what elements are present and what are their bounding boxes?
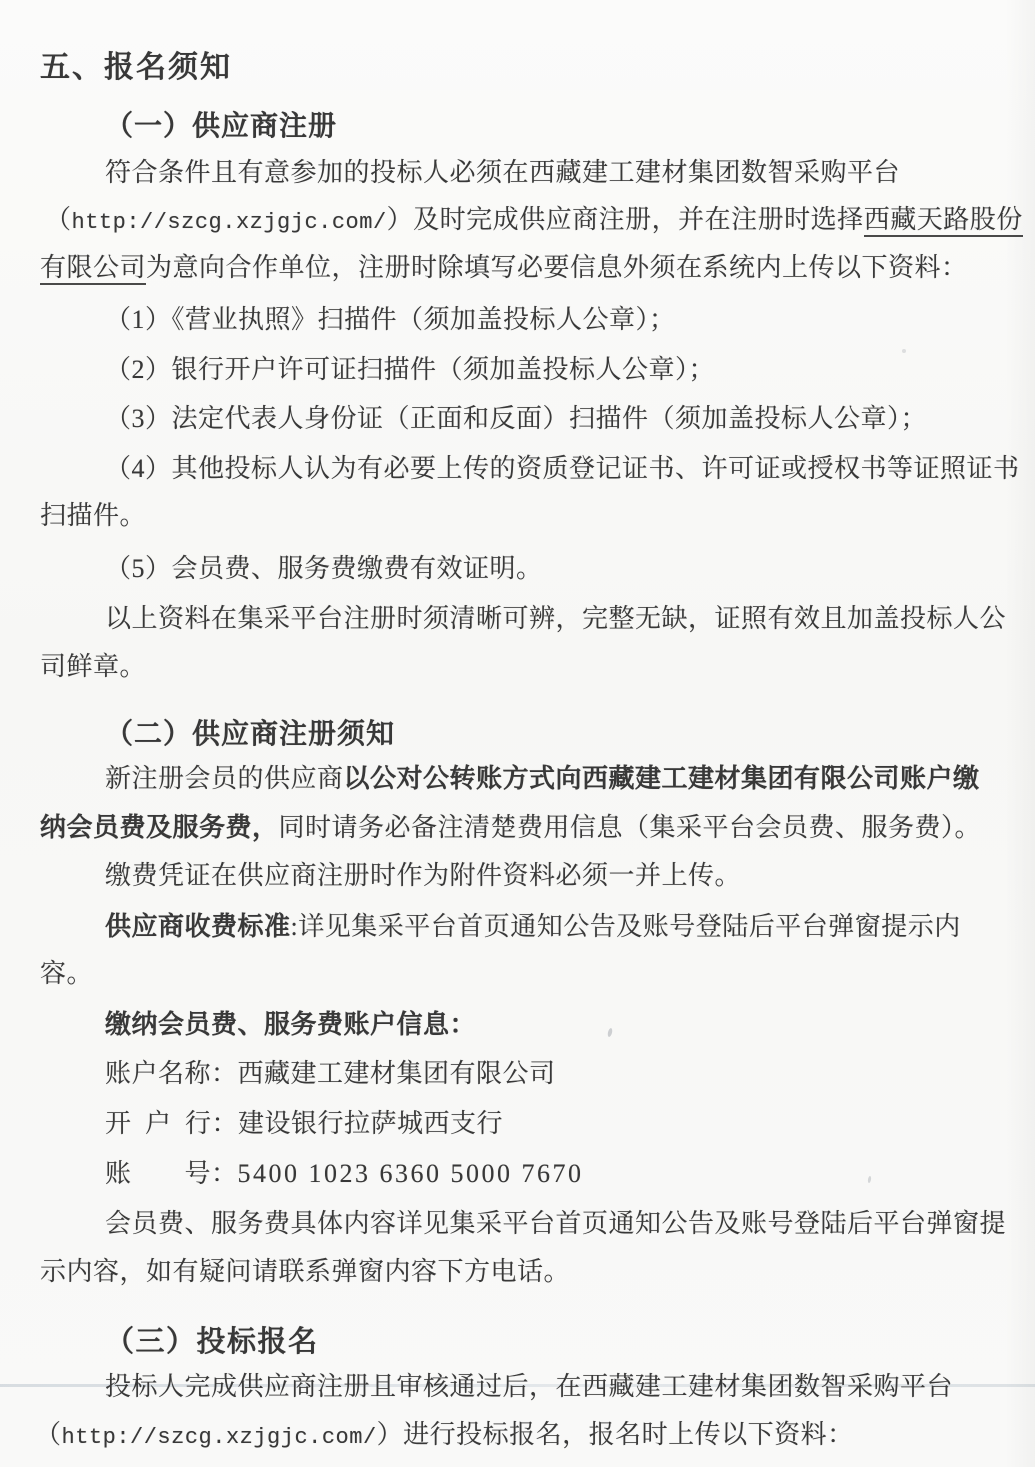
text-segment: 5400 1023 6360 5000 7670 [238,1159,584,1188]
section-heading: （二）供应商注册须知 [105,718,395,751]
text-segment: 符合条件且有意参加的投标人必须在西藏建工建材集团数智采购平台 [105,158,900,187]
text-segment: 容。 [40,959,93,988]
text-segment: 账 号： [105,1159,238,1188]
text-segment: 会员费、服务费具体内容详见集采平台首页通知公告及账号登陆后平台弹窗提 [105,1209,1006,1238]
paragraph-line: （http://szcg.xzjgjc.com/）进行投标报名，报名时上传以下资… [35,1420,854,1451]
account-info-line: 开 户 行：建设银行拉萨城西支行 [105,1109,503,1140]
paragraph-line: 示内容，如有疑问请联系弹窗内容下方电话。 [40,1257,570,1288]
text-segment: :详见集采平台首页通知公告及账号登陆后平台弹窗提示内 [291,912,961,941]
list-item: 扫描件。 [40,501,146,532]
text-segment: 司鲜章。 [40,652,146,681]
section-heading: （三）投标报名 [105,1325,319,1359]
paragraph-line: （http://szcg.xzjgjc.com/）及时完成供应商注册，并在注册时… [45,205,1023,236]
text-segment: 纳会员费及服务费， [40,812,279,842]
text-segment: ）进行投标报名，报名时上传以下资料： [377,1420,854,1449]
paragraph-line: 会员费、服务费具体内容详见集采平台首页通知公告及账号登陆后平台弹窗提 [105,1209,1006,1240]
text-segment: 扫描件。 [40,501,146,530]
url-text: http://szcg.xzjgjc.com/ [62,1425,377,1450]
paragraph-line: 缴纳会员费、服务费账户信息： [105,1009,476,1041]
text-segment: 新注册会员的供应商 [105,764,344,793]
text-segment: 开 户 行：建设银行拉萨城西支行 [105,1109,503,1138]
text-segment: （2）银行开户许可证扫描件（须加盖投标人公章）； [105,355,715,384]
text-segment: （3）法定代表人身份证（正面和反面）扫描件（须加盖投标人公章）； [105,404,927,433]
paragraph-line: 符合条件且有意参加的投标人必须在西藏建工建材集团数智采购平台 [105,158,900,189]
paragraph-line: 有限公司为意向合作单位，注册时除填写必要信息外须在系统内上传以下资料： [40,253,968,284]
text-segment: 以上资料在集采平台注册时须清晰可辨，完整无缺，证照有效且加盖投标人公 [105,604,1006,633]
section-heading: （一）供应商注册 [105,110,337,143]
text-segment: 投标人完成供应商注册且审核通过后，在西藏建工建材集团数智采购平台 [105,1372,953,1401]
underlined-company-name: 西藏天路股份 [864,205,1023,237]
list-item: （1）《营业执照》扫描件（须加盖投标人公章）； [105,305,676,336]
paragraph-line: 司鲜章。 [40,652,146,683]
scan-speck [902,349,906,353]
paragraph-line: 以上资料在集采平台注册时须清晰可辨，完整无缺，证照有效且加盖投标人公 [105,604,1006,635]
text-segment: 五、报名须知 [40,51,232,84]
paragraph-line: 纳会员费及服务费，同时请务必备注清楚费用信息（集采平台会员费、服务费）。 [40,812,981,844]
text-segment: 示内容，如有疑问请联系弹窗内容下方电话。 [40,1257,570,1286]
text-segment: ）及时完成供应商注册，并在注册时选择 [387,205,864,234]
text-segment: （ [45,205,72,234]
list-item: （5）会员费、服务费缴费有效证明。 [105,554,543,585]
text-segment: （1）《营业执照》扫描件（须加盖投标人公章）； [105,305,676,334]
text-segment: 以公对公转账方式向西藏建工建材集团有限公司账户缴 [344,763,980,793]
account-info-line: 账户名称：西藏建工建材集团有限公司 [105,1059,556,1090]
list-item: （4）其他投标人认为有必要上传的资质登记证书、许可证或授权书等证照证书 [105,454,1020,485]
text-segment: 账户名称：西藏建工建材集团有限公司 [105,1059,556,1088]
text-segment: （二）供应商注册须知 [105,719,395,750]
text-segment: 缴纳会员费、服务费账户信息： [105,1009,476,1039]
list-item: （2）银行开户许可证扫描件（须加盖投标人公章）； [105,355,715,386]
paragraph-line: 缴费凭证在供应商注册时作为附件资料必须一并上传。 [105,861,741,892]
list-item: （3）法定代表人身份证（正面和反面）扫描件（须加盖投标人公章）； [105,404,927,435]
scan-speck [607,1028,613,1038]
text-segment: 同时请务必备注清楚费用信息（集采平台会员费、服务费）。 [279,813,982,842]
text-segment: （一）供应商注册 [105,111,337,142]
account-info-line: 账 号：5400 1023 6360 5000 7670 [105,1159,584,1190]
text-segment: 为意向合作单位，注册时除填写必要信息外须在系统内上传以下资料： [146,253,968,282]
paragraph-line: 投标人完成供应商注册且审核通过后，在西藏建工建材集团数智采购平台 [105,1372,953,1403]
paragraph-line: 供应商收费标准:详见集采平台首页通知公告及账号登陆后平台弹窗提示内 [105,911,961,943]
document-title: 五、报名须知 [40,50,232,85]
scan-speck [867,1176,871,1183]
text-segment: （ [35,1420,62,1449]
underlined-company-name: 有限公司 [40,253,146,285]
url-text: http://szcg.xzjgjc.com/ [72,210,387,235]
text-segment: 缴费凭证在供应商注册时作为附件资料必须一并上传。 [105,861,741,890]
text-segment: （5）会员费、服务费缴费有效证明。 [105,554,543,583]
text-segment: 供应商收费标准 [105,911,291,941]
text-segment: （4）其他投标人认为有必要上传的资质登记证书、许可证或授权书等证照证书 [105,454,1020,483]
document-page: 五、报名须知（一）供应商注册符合条件且有意参加的投标人必须在西藏建工建材集团数智… [0,0,1035,1467]
paragraph-line: 新注册会员的供应商以公对公转账方式向西藏建工建材集团有限公司账户缴 [105,763,980,795]
text-segment: （三）投标报名 [105,1326,319,1358]
paragraph-line: 容。 [40,959,93,990]
